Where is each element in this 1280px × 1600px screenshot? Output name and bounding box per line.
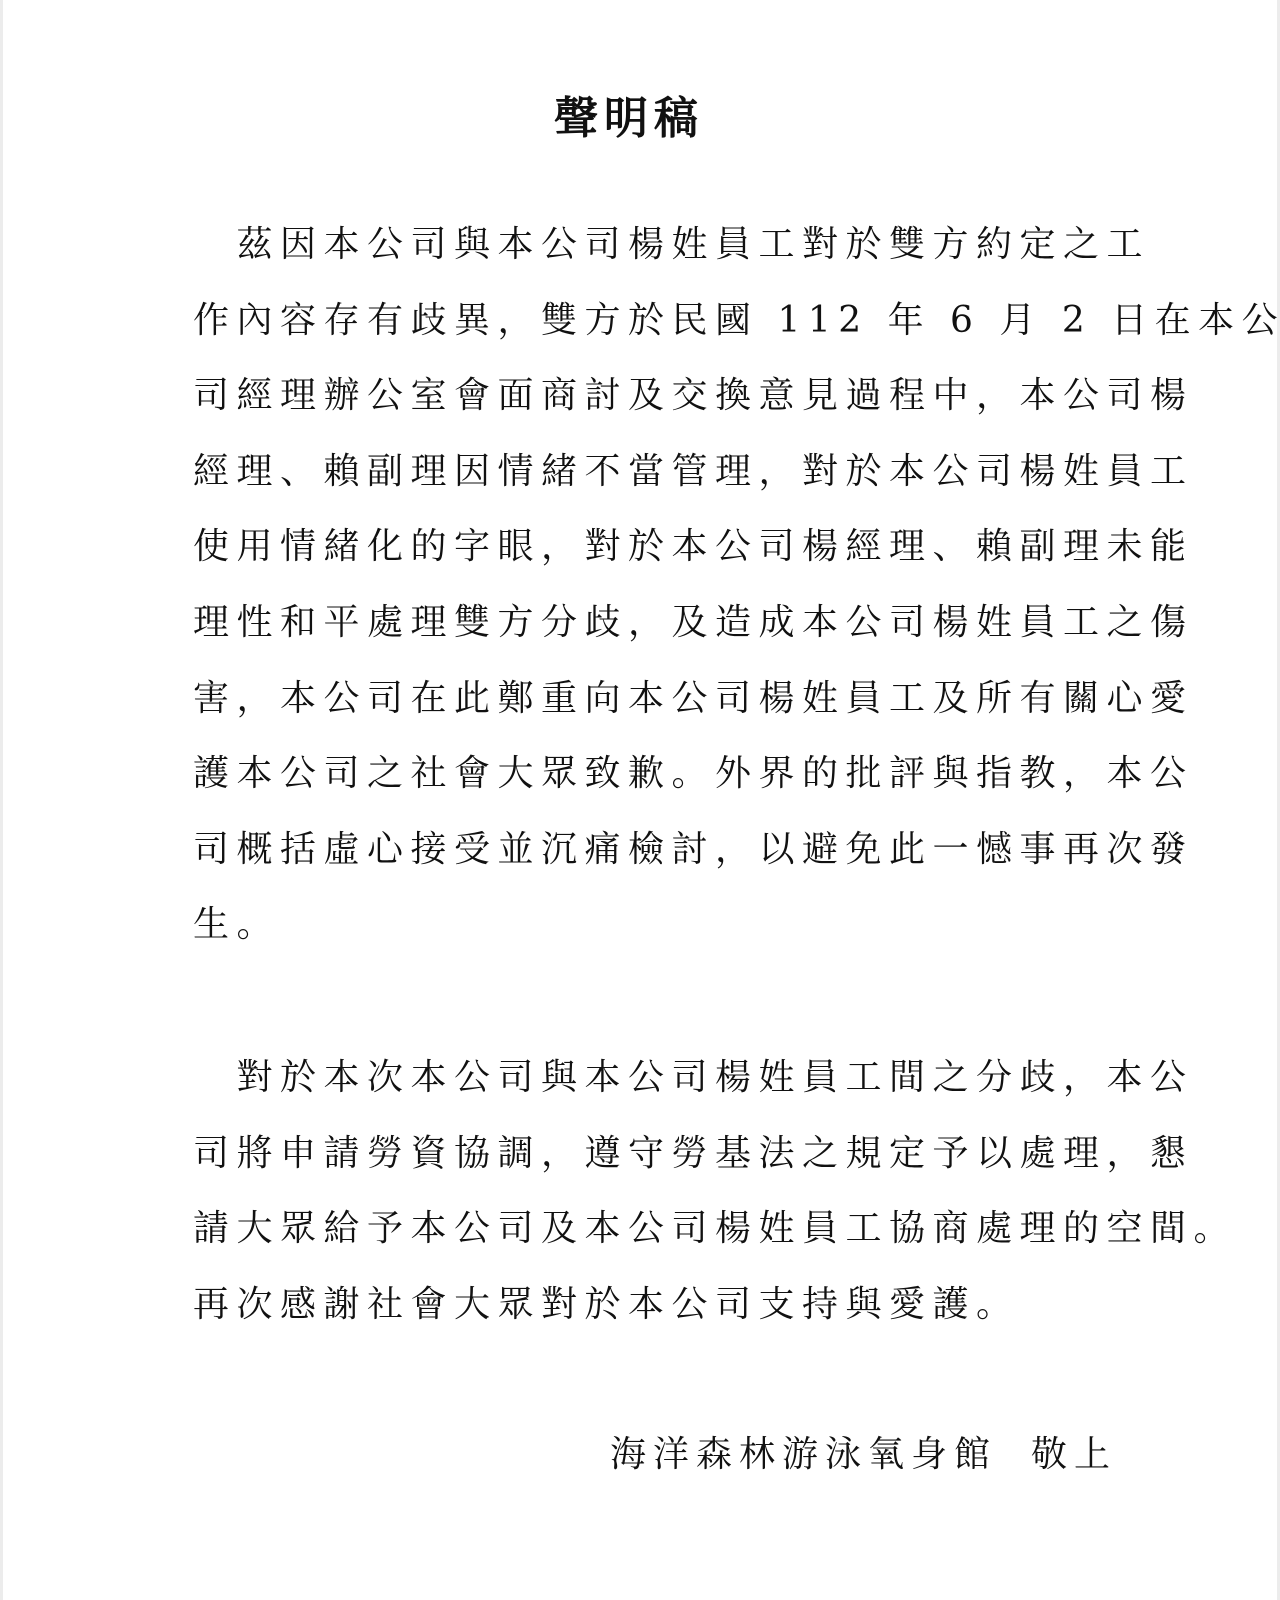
- paragraph-line: 害，本公司在此鄭重向本公司楊姓員工及所有關心愛: [193, 661, 1093, 737]
- signature-block: 海洋森林游泳氧身館敬上: [610, 1430, 1117, 1480]
- paragraph-line: 茲因本公司與本公司楊姓員工對於雙方約定之工: [193, 207, 1093, 283]
- paragraph-1: 茲因本公司與本公司楊姓員工對於雙方約定之工 作內容存有歧異，雙方於民國 112 …: [193, 207, 1093, 963]
- paragraph-line: 理性和平處理雙方分歧，及造成本公司楊姓員工之傷: [193, 585, 1093, 661]
- paragraph-line: 司概括虛心接受並沉痛檢討，以避免此一憾事再次發: [193, 812, 1093, 888]
- paragraph-line: 作內容存有歧異，雙方於民國 112 年 6 月 2 日在本公: [193, 283, 1093, 359]
- paragraph-line: 司經理辦公室會面商討及交換意見過程中，本公司楊: [193, 358, 1093, 434]
- page-edge-left: [0, 0, 3, 1600]
- paragraph-line: 請大眾給予本公司及本公司楊姓員工協商處理的空間。: [193, 1191, 1093, 1267]
- signature-organization: 海洋森林游泳氧身館: [610, 1430, 997, 1480]
- paragraph-line: 生。: [193, 887, 1093, 963]
- paragraph-line: 司將申請勞資協調，遵守勞基法之規定予以處理，懇: [193, 1116, 1093, 1192]
- document-title: 聲明稿: [0, 91, 1258, 147]
- signature-closing: 敬上: [1031, 1430, 1117, 1480]
- paragraph-line: 經理、賴副理因情緒不當管理，對於本公司楊姓員工: [193, 434, 1093, 510]
- paragraph-line: 對於本次本公司與本公司楊姓員工間之分歧，本公: [193, 1040, 1093, 1116]
- paragraph-2: 對於本次本公司與本公司楊姓員工間之分歧，本公 司將申請勞資協調，遵守勞基法之規定…: [193, 1040, 1093, 1342]
- paragraph-line: 使用情緒化的字眼，對於本公司楊經理、賴副理未能: [193, 509, 1093, 585]
- paragraph-line: 護本公司之社會大眾致歉。外界的批評與指教，本公: [193, 736, 1093, 812]
- paragraph-line: 再次感謝社會大眾對於本公司支持與愛護。: [193, 1267, 1093, 1343]
